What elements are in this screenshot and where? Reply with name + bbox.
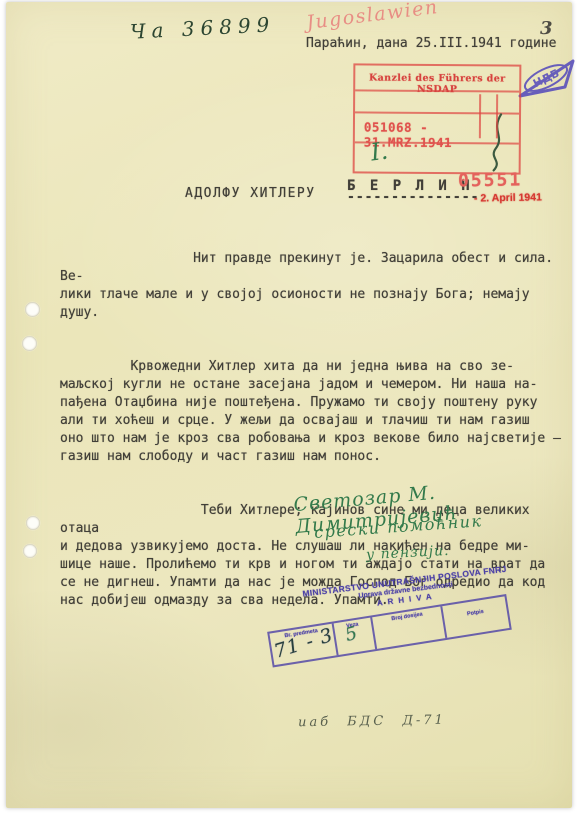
udb-cell-veza: Veza 5 bbox=[333, 617, 377, 655]
punch-hole bbox=[22, 336, 37, 351]
stamp-tick bbox=[496, 94, 498, 138]
dateline: Параћин, дана 25.III.1941 године bbox=[306, 36, 556, 51]
triangle-stamp: НДБ bbox=[516, 54, 578, 112]
nsdap-stamp-bottom-row: I. bbox=[355, 143, 519, 170]
archive-number-handwritten: Ча 36899 bbox=[129, 12, 275, 44]
paragraph-1: Нит правде прекинут је. Зацарила обест и… bbox=[60, 250, 574, 322]
udb-header-signature: Potpis bbox=[444, 605, 507, 621]
udb-cell-signature: Potpis bbox=[443, 596, 510, 637]
document-paper: Ча 36899 Jugoslawien 3 Параћин, дана 25.… bbox=[6, 2, 572, 808]
red-annotation-handwritten: Jugoslawien bbox=[305, 0, 440, 34]
berlin-date-stamp: - 2. April 1941 bbox=[474, 191, 542, 204]
city-underline: --------------- bbox=[347, 190, 479, 205]
recipient-line: АДОЛФУ ХИТЛЕРУ bbox=[185, 186, 316, 201]
green-roman-numeral-handwritten: I. bbox=[369, 137, 390, 167]
paragraph-2: Крвожедни Хитлер хита да ни једна њива н… bbox=[60, 358, 574, 466]
stamp-tick bbox=[479, 94, 481, 138]
udb-header-dossier: Broj dosijea bbox=[372, 608, 442, 625]
berlin-number-stamp: 05551 bbox=[458, 169, 523, 191]
nsdap-stamp-title: Kanzlei des Führers der NSDAP bbox=[355, 65, 519, 92]
punch-hole bbox=[25, 302, 40, 317]
udb-cell-case-number: Br. predmeta 71 - 3 bbox=[269, 623, 338, 665]
punch-hole bbox=[23, 544, 37, 558]
nsdap-stamp: Kanzlei des Führers der NSDAP 051068 - 3… bbox=[353, 63, 522, 174]
pencil-note-handwritten: иаб БДС Д-71 bbox=[298, 713, 446, 731]
punch-hole bbox=[26, 516, 40, 530]
